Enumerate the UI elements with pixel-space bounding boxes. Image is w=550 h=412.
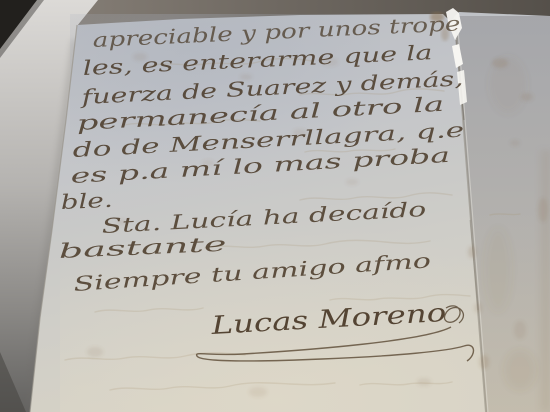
handwriting-line-7: ble. xyxy=(60,188,113,214)
letter-paper: apreciable y por unos trope les, es ente… xyxy=(30,8,550,412)
right-edge-shade xyxy=(536,150,550,412)
photo-of-letter: apreciable y por unos trope les, es ente… xyxy=(0,0,550,412)
